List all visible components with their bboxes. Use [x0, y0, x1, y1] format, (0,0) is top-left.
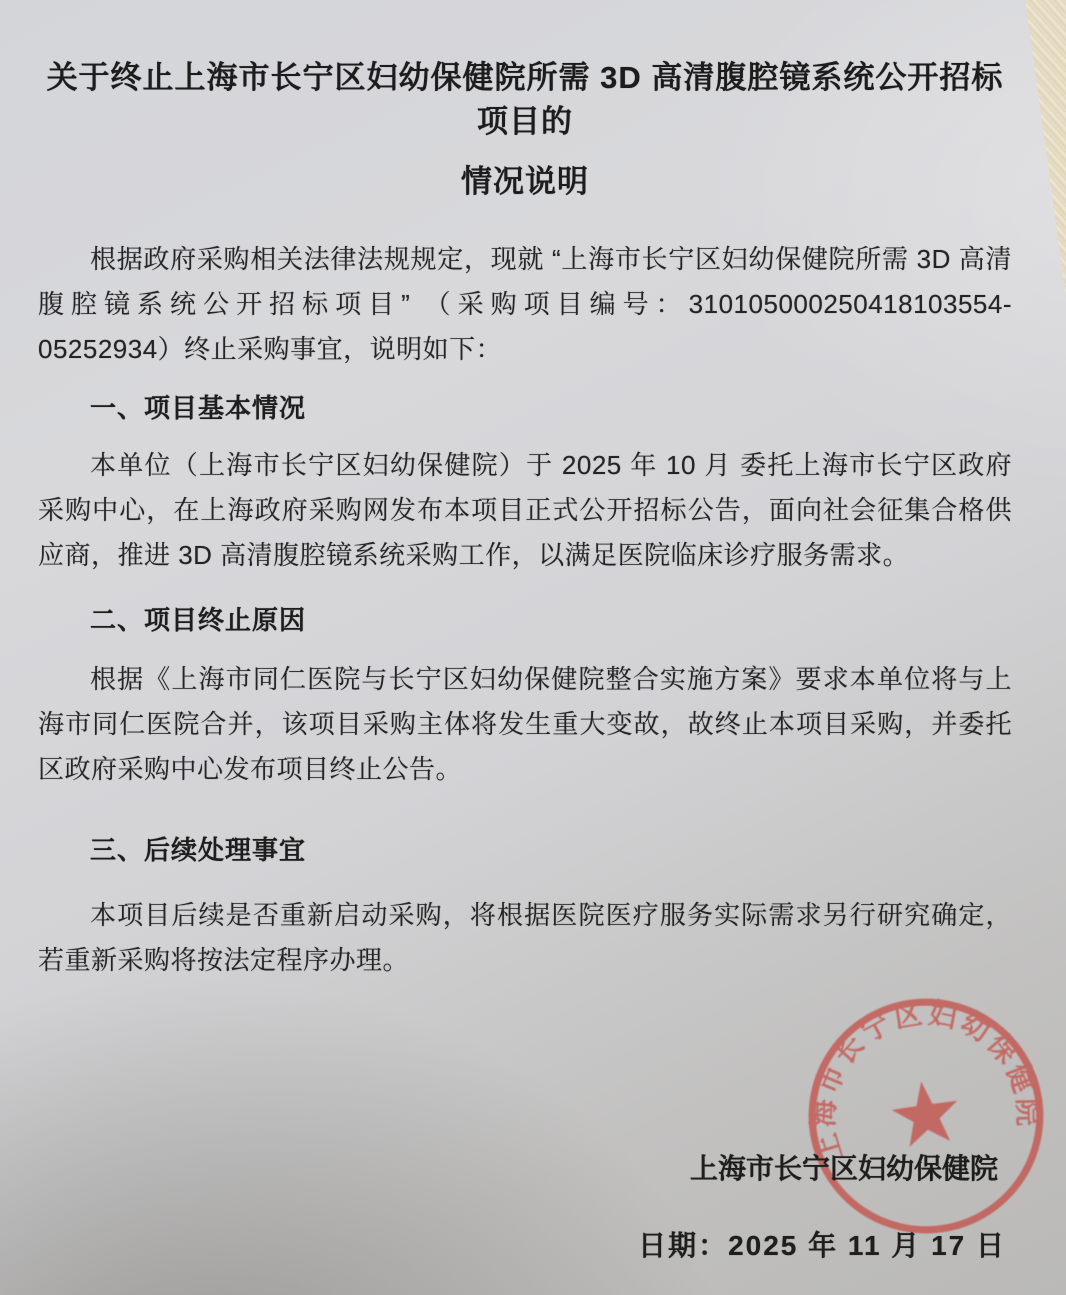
doc-title-line1: 关于终止上海市长宁区妇幼保健院所需 3D 高清腹腔镜系统公开招标项目的	[38, 56, 1012, 144]
section-1-body: 本单位（上海市长宁区妇幼保健院）于 2025 年 10 月 委托上海市长宁区政府…	[38, 443, 1012, 578]
intro-paragraph: 根据政府采购相关法律法规规定，现就 “上海市长宁区妇幼保健院所需 3D 高清腹腔…	[38, 237, 1012, 372]
section-1-heading: 一、项目基本情况	[38, 386, 1012, 431]
section-2-heading: 二、项目终止原因	[38, 598, 1012, 643]
section-3-heading: 三、后续处理事宜	[38, 828, 1012, 873]
signature-org: 上海市长宁区妇幼保健院	[38, 1149, 1012, 1189]
date-line: 日期：2025 年 11 月 17 日	[38, 1226, 1012, 1266]
photo-background: 上海市长宁区妇幼保健院 关于终止上海市长宁区妇幼保健院所需 3D 高清腹腔镜系统…	[0, 0, 1066, 1295]
section-3-body: 本项目后续是否重新启动采购，将根据医院医疗服务实际需求另行研究确定，若重新采购将…	[38, 893, 1012, 983]
doc-title-line2: 情况说明	[38, 160, 1012, 204]
document-content: 关于终止上海市长宁区妇幼保健院所需 3D 高清腹腔镜系统公开招标项目的 情况说明…	[0, 0, 1066, 1295]
section-2-body: 根据《上海市同仁医院与长宁区妇幼保健院整合实施方案》要求本单位将与上海市同仁医院…	[38, 657, 1012, 792]
